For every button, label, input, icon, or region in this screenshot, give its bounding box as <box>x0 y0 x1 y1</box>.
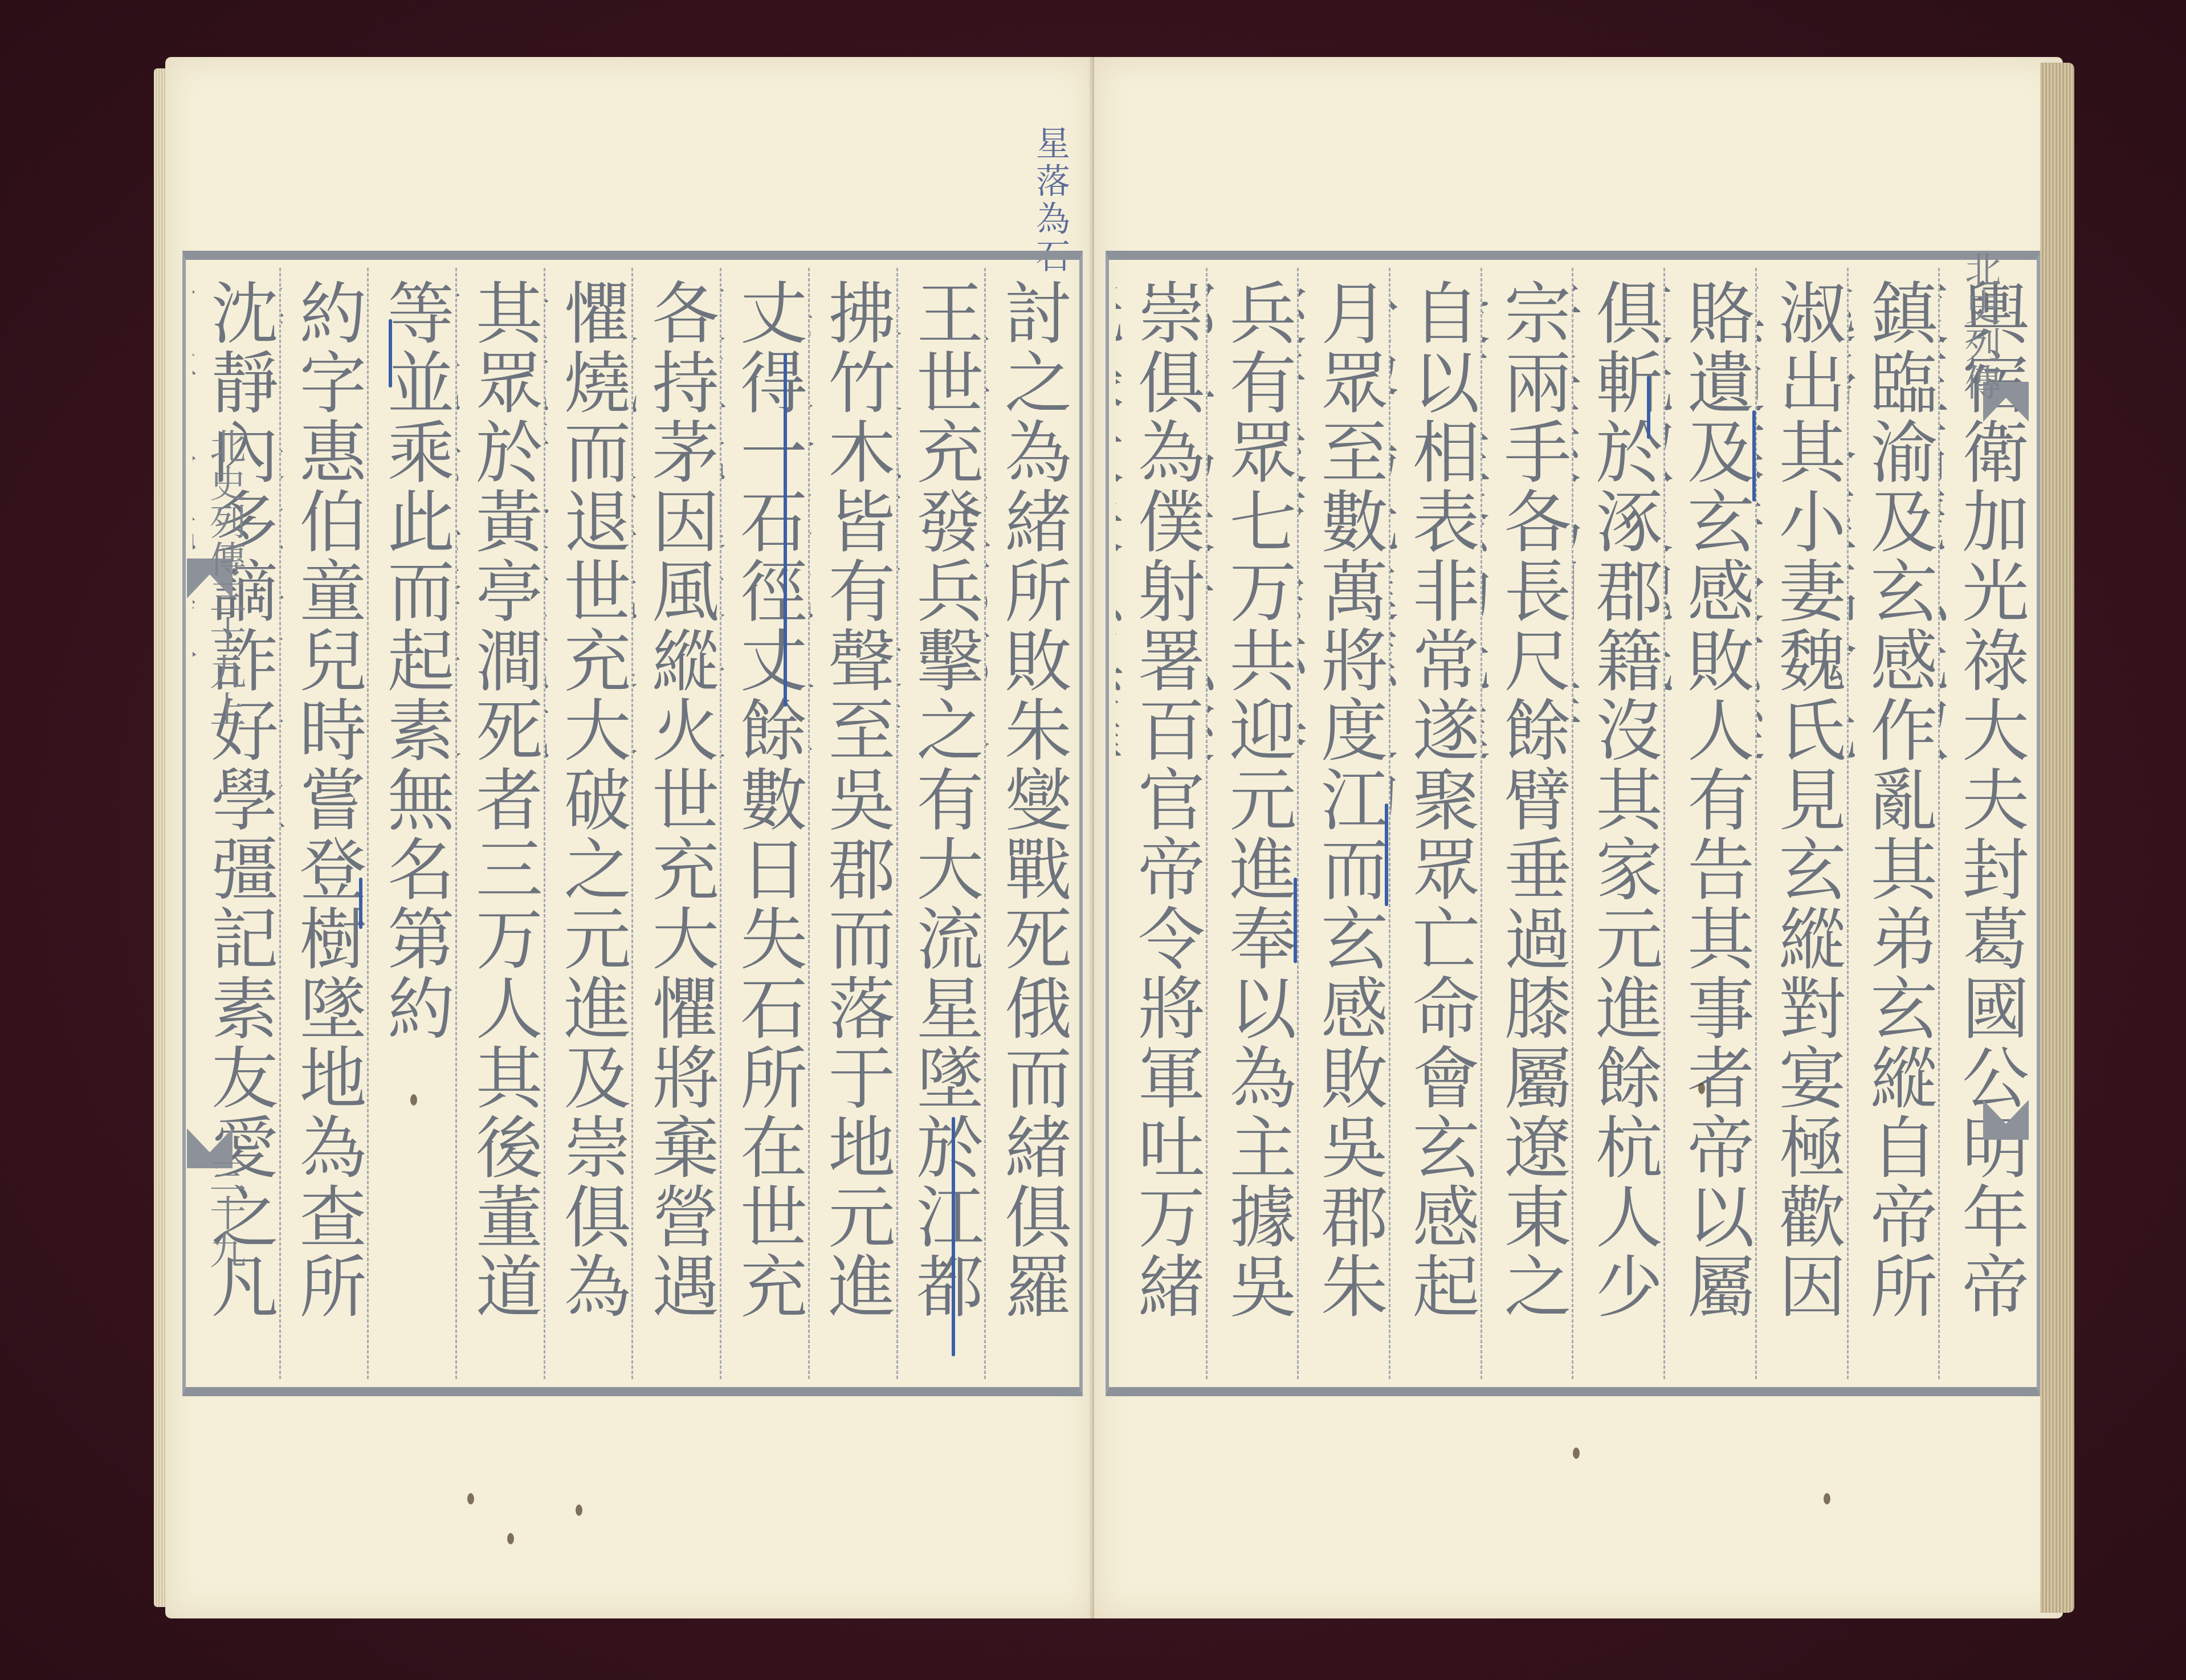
blue-annotation-line <box>389 319 392 388</box>
blue-annotation-line <box>1385 804 1388 906</box>
wormhole <box>467 1493 474 1504</box>
blue-annotation-line <box>784 353 787 707</box>
text-column: 鎮臨渝及玄感作亂其弟玄縱自帝所逃歸路經臨渝元 <box>1847 268 1939 1379</box>
blue-annotation-line <box>952 1117 955 1356</box>
text-column: 討之為緒所敗朱燮戰死俄而緒俱羅並得罪江都郡丞 <box>984 268 1072 1379</box>
text-column: 約字惠伯童兒時嘗登樹墜地為查所傷由是竟為宦者性 <box>279 268 368 1379</box>
wormhole <box>410 1094 417 1106</box>
text-column: 崇俱為僕射署百官帝令將軍吐万緒光祿大夫魚俱羅 <box>1116 268 1206 1379</box>
blue-annotation-line <box>1752 410 1756 501</box>
wormhole <box>576 1504 582 1516</box>
wormhole <box>507 1533 514 1544</box>
banxin-title: 北史列傳 <box>1943 251 2006 401</box>
banxin-title: 北史列傳三十九上 <box>188 427 251 728</box>
left-page-text-frame: 討之為緒所敗朱燮戰死俄而緒俱羅並得罪江都郡丞 王世充發兵擊之有大流星墜於江都未及… <box>182 251 1083 1396</box>
text-column: 王世充發兵擊之有大流星墜於江都未及地而南逝磨 <box>896 268 985 1379</box>
right-page-columns: 輿宿衛加光祿大夫封葛國公明年帝復征高麗以元淑 鎮臨渝及玄感作亂其弟玄縱自帝所逃歸… <box>1116 268 2030 1379</box>
right-page-text-frame: 輿宿衛加光祿大夫封葛國公明年帝復征高麗以元淑 鎮臨渝及玄感作亂其弟玄縱自帝所逃歸… <box>1106 251 2040 1396</box>
text-column: 輿宿衛加光祿大夫封葛國公明年帝復征高麗以元淑 <box>1938 268 2030 1379</box>
wormhole <box>1824 1493 1830 1504</box>
blue-annotation-line <box>359 878 362 929</box>
text-column: 淑出其小妻魏氏見玄縱對宴極歡因與通謀并受玄縱 <box>1755 268 1847 1379</box>
text-column: 其眾於黃亭澗死者三万人其後董道沖沈法興李子通 <box>455 268 544 1379</box>
text-column: 等並乘此而起素無名第約 <box>367 268 455 1379</box>
wormhole <box>1698 1083 1705 1094</box>
banxin-page-number: 三十九 <box>188 1157 251 1270</box>
text-column: 月眾至數萬將度江而玄感敗吳郡朱燮晉陵管崇亦舉 <box>1297 268 1389 1379</box>
left-page: 星落為石 討之為緒所敗朱燮戰死俄而緒俱羅並得罪江都郡丞 王世充發兵擊之有大流星墜… <box>165 57 1094 1618</box>
left-page-columns: 討之為緒所敗朱燮戰死俄而緒俱羅並得罪江都郡丞 王世充發兵擊之有大流星墜於江都未及… <box>193 268 1072 1379</box>
text-column: 各持茅因風縱火世充大懼將棄營遇反風火轉元進眾 <box>631 268 720 1379</box>
text-column: 拂竹木皆有聲至吳郡而落于地元進惡之令掘地入二 <box>808 268 896 1379</box>
blue-annotation-line <box>1294 878 1297 963</box>
text-column: 兵有眾七万共迎元進奉以為主據吳郡稱為天子以燮 <box>1206 268 1298 1379</box>
open-book: 星落為石 討之為緒所敗朱燮戰死俄而緒俱羅並得罪江都郡丞 王世充發兵擊之有大流星墜… <box>154 57 2069 1618</box>
text-column: 懼燒而退世充大破之元進及崇俱為世充所殺世充坑 <box>544 268 632 1379</box>
right-fore-edge <box>2040 63 2074 1613</box>
text-column: 自以相表非常遂聚眾亡命會玄感起於黎陽元進應之旬 <box>1389 268 1481 1379</box>
text-column: 丈得一石徑丈餘數日失石所在世充度江元進遣兵人 <box>720 268 808 1379</box>
right-page: 輿宿衛加光祿大夫封葛國公明年帝復征高麗以元淑 鎮臨渝及玄感作亂其弟玄縱自帝所逃歸… <box>1094 57 2063 1618</box>
blue-annotation-line <box>1647 376 1650 439</box>
wormhole <box>1573 1447 1580 1459</box>
text-column: 宗兩手各長尺餘臂垂過膝屬遼東之役百姓騷動元進 <box>1481 268 1572 1379</box>
text-column: 賂遺及玄感敗人有告其事者帝以屬吏元淑及魏氏 <box>1663 268 1755 1379</box>
